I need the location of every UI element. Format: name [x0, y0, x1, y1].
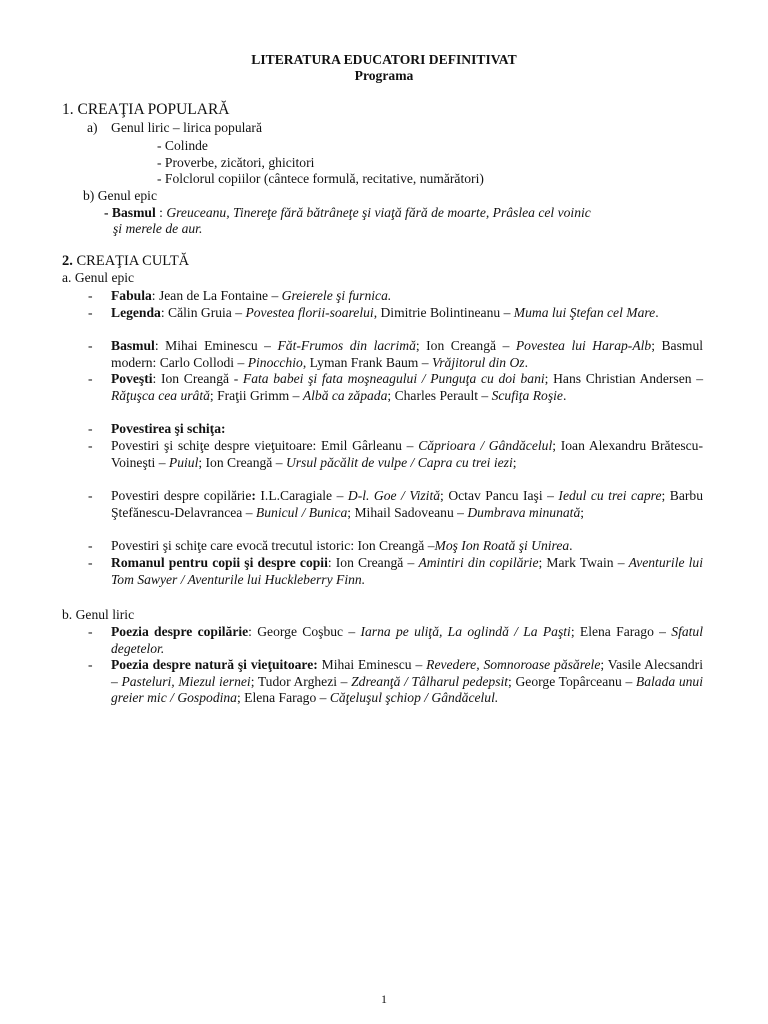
section-1b-text: b) Genul epic	[83, 188, 157, 205]
section-1a-text: Genul liric – lirica populară	[111, 120, 262, 137]
section-2-heading: 2. CREAŢIA CULTĂ	[62, 253, 189, 270]
basmul-line: - Basmul : Greuceanu, Tinereţe fără bătr…	[104, 205, 591, 222]
list-item: - Proverbe, zicători, ghicitori	[157, 155, 314, 172]
list-item: Poezia despre copilărie: George Coşbuc –…	[111, 624, 703, 657]
bullet-dash: -	[88, 538, 93, 555]
item-label: Fabula	[111, 288, 152, 303]
item-label: Poveşti	[111, 371, 153, 386]
document-title: LITERATURA EDUCATORI DEFINITIVAT	[0, 52, 768, 69]
document-subtitle: Programa	[0, 68, 768, 85]
item-label: Poezia despre copilărie	[111, 624, 248, 639]
list-item: Poezia despre natură şi vieţuitoare: Mih…	[111, 657, 703, 707]
item-label: Povestirea şi schiţa:	[111, 421, 226, 436]
item-label: Basmul	[111, 338, 155, 353]
basmul-sep: :	[156, 205, 167, 220]
bullet-dash: -	[88, 555, 93, 572]
list-item: Legenda: Călin Gruia – Povestea florii-s…	[111, 305, 703, 322]
list-item: - Folclorul copiilor (cântece formulă, r…	[157, 171, 484, 188]
item-label: Romanul pentru copii şi despre copii	[111, 555, 328, 570]
list-item: Poveşti: Ion Creangă - Fata babei şi fat…	[111, 371, 703, 404]
list-item: Romanul pentru copii şi despre copii: Io…	[111, 555, 703, 588]
bullet-dash: -	[88, 371, 93, 388]
bullet-dash: -	[88, 438, 93, 455]
list-item: Povestirea şi schiţa:	[111, 421, 703, 438]
bullet-dash: -	[88, 657, 93, 674]
bullet-dash: -	[88, 338, 93, 355]
genul-liric-heading: b. Genul liric	[62, 607, 134, 624]
list-item: Basmul: Mihai Eminescu – Făt-Frumos din …	[111, 338, 703, 371]
section-1-heading: 1. CREAŢIA POPULARĂ	[62, 102, 230, 119]
item-label: Legenda	[111, 305, 161, 320]
genul-epic-heading: a. Genul epic	[62, 270, 134, 287]
basmul-works: Greuceanu, Tinereţe fără bătrâneţe şi vi…	[166, 205, 590, 220]
page-number: 1	[0, 991, 768, 1008]
section-1a-label: a)	[87, 120, 98, 137]
basmul-label: - Basmul	[104, 205, 156, 220]
document-page: LITERATURA EDUCATORI DEFINITIVAT Program…	[0, 0, 768, 1024]
bullet-dash: -	[88, 624, 93, 641]
item-label: Poezia despre natură şi vieţuitoare:	[111, 657, 318, 672]
list-item: - Colinde	[157, 138, 208, 155]
bullet-dash: -	[88, 421, 93, 438]
list-item: Povestiri despre copilărie: I.L.Caragial…	[111, 488, 703, 521]
list-item: Povestiri şi schiţe despre vieţuitoare: …	[111, 438, 703, 471]
bullet-dash: -	[88, 305, 93, 322]
basmul-works-cont: şi merele de aur.	[113, 221, 202, 238]
bullet-dash: -	[88, 288, 93, 305]
list-item: Fabula: Jean de La Fontaine – Greierele …	[111, 288, 703, 305]
bullet-dash: -	[88, 488, 93, 505]
list-item: Povestiri şi schiţe care evocă trecutul …	[111, 538, 703, 555]
